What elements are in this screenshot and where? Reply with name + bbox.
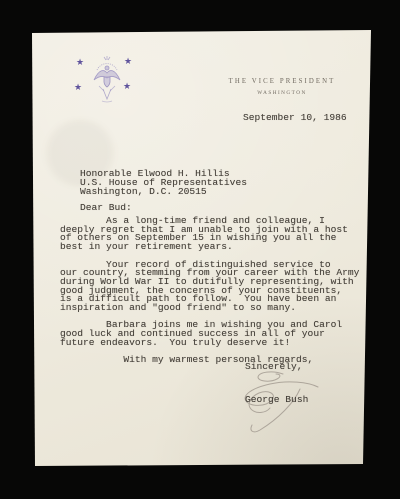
address-line: Washington, D.C. 20515: [80, 187, 247, 196]
body-line: With my warmest personal regards,: [60, 356, 359, 365]
vice-president-seal-icon: [93, 54, 121, 104]
body-line: future endeavors. You truly deserve it!: [60, 339, 359, 348]
body-line: inspiration and "good friend" to so many…: [60, 304, 359, 313]
seal-star-icon: ★: [74, 84, 82, 93]
date-line: September 10, 1986: [243, 114, 347, 123]
photo-frame: ★ ★ ★ ★ THE VICE PRESIDENT WASHINGTON Se…: [0, 0, 400, 499]
seal-star-icon: ★: [123, 83, 131, 92]
letter-body: As a long-time friend and colleague, Ide…: [60, 217, 359, 365]
letterhead-title: THE VICE PRESIDENT: [212, 78, 352, 85]
seal-star-icon: ★: [124, 58, 132, 67]
body-line: best in your retirement years.: [60, 243, 359, 252]
seal-star-icon: ★: [76, 59, 84, 68]
signer-name: George Bush: [245, 396, 308, 405]
letterhead-subtitle: WASHINGTON: [212, 90, 352, 96]
recipient-address: Honorable Elwood H. HillisU.S. House of …: [80, 169, 247, 197]
salutation: Dear Bud:: [80, 204, 132, 213]
